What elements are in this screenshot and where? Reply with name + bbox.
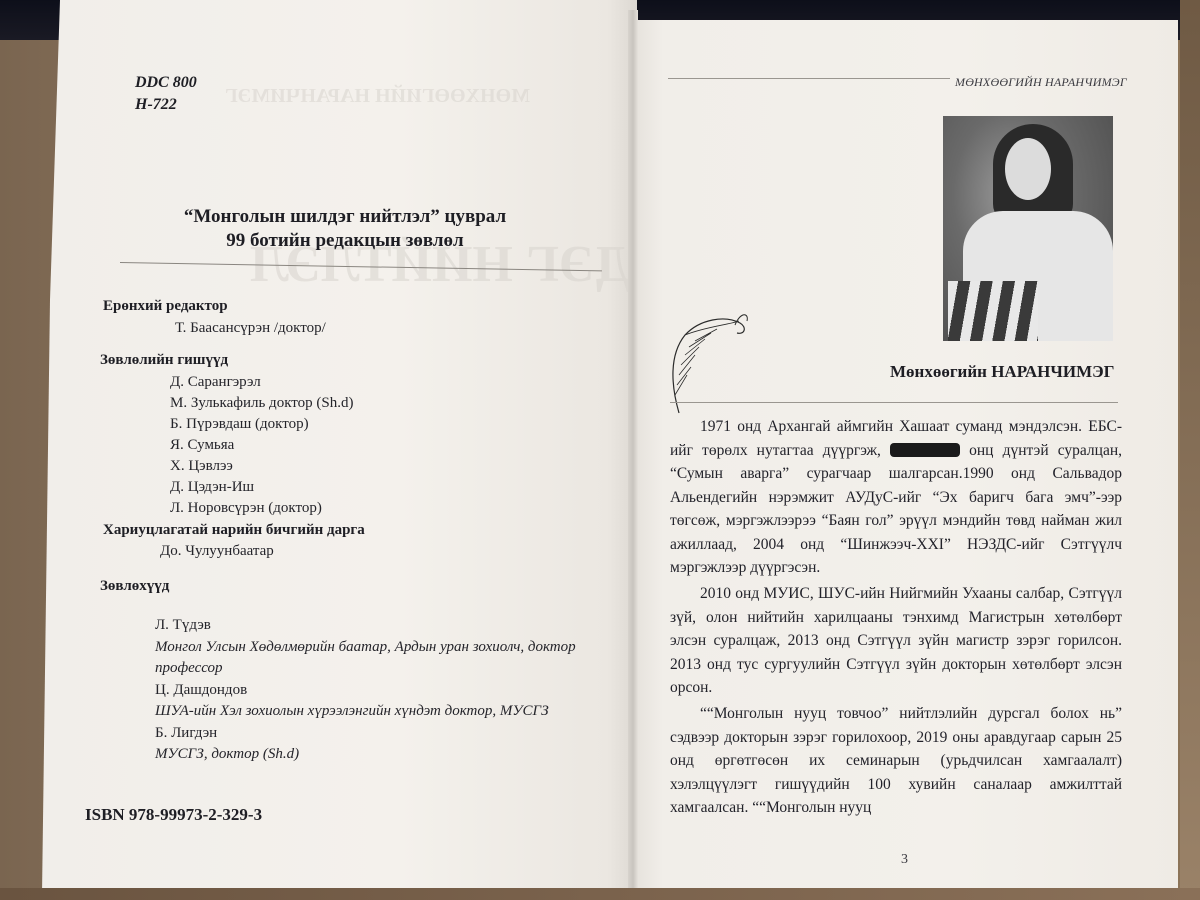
header-rule (668, 78, 950, 79)
advisor-name: Б. Лигдэн (155, 723, 605, 745)
exec-secretary-heading: Хариуцлагатай нарийн бичгийн дарга (103, 522, 365, 539)
board-member: Д. Цэдэн-Иш (170, 477, 353, 498)
background-wood-table (1180, 0, 1200, 900)
isbn: ISBN 978-99973-2-329-3 (85, 805, 262, 825)
board-members-heading: Зөвлөлийн гишүүд (100, 352, 228, 369)
board-member: Б. Пүрэвдаш (доктор) (170, 414, 353, 435)
author-photo (943, 116, 1113, 341)
advisor-title: Монгол Улсын Хөдөлмөрийн баатар, Ардын у… (155, 637, 605, 680)
page-number: 3 (901, 852, 908, 868)
board-member: Я. Сумьяа (170, 435, 353, 456)
chief-editor-name: Т. Баасансүрэн /доктор/ (175, 318, 326, 339)
redaction-mark (890, 443, 960, 457)
show-through-text: МӨНХӨӨГИЙН НАРАНЧИМЭГ (225, 85, 530, 108)
board-member: Д. Сарангэрэл (170, 372, 353, 393)
running-header: МӨНХӨӨГИЙН НАРАНЧИМЭГ (955, 75, 1127, 90)
exec-secretary-name: До. Чулуунбаатар (160, 541, 274, 562)
bio-paragraph-1: 1971 онд Архангай аймгийн Хашаат суманд … (670, 415, 1122, 580)
board-member: М. Зулькафиль доктор (Sh.d) (170, 393, 353, 414)
board-member-list: Д. Сарангэрэл М. Зулькафиль доктор (Sh.d… (170, 372, 353, 519)
bio-paragraph-3: ““Монголын нууц товчоо” нийтлэлийн дурсг… (670, 702, 1122, 820)
classification-block: DDC 800 Н-722 (135, 72, 197, 116)
advisors-heading: Зөвлөхүүд (100, 578, 169, 595)
advisor-title: МУСГЗ, доктор (Sh.d) (155, 744, 605, 766)
board-member: Х. Цэвлээ (170, 456, 353, 477)
series-title: “Монголын шилдэг нийтлэл” цуврал 99 боти… (130, 205, 560, 253)
divider (670, 402, 1118, 403)
advisor-name: Ц. Дашдондов (155, 680, 605, 702)
ddc-number: DDC 800 (135, 72, 197, 94)
cutter-number: Н-722 (135, 94, 197, 116)
quill-feather-icon (665, 305, 750, 415)
book-spine (628, 10, 638, 890)
advisor-title: ШУА-ийн Хэл зохиолын хүрээлэнгийн хүндэт… (155, 701, 605, 723)
chief-editor-heading: Ерөнхий редактор (103, 298, 228, 315)
advisor-list: Л. Түдэв Монгол Улсын Хөдөлмөрийн баатар… (155, 615, 605, 766)
board-member: Л. Норовсүрэн (доктор) (170, 498, 353, 519)
advisor-name: Л. Түдэв (155, 615, 605, 637)
author-name: Мөнхөөгийн НАРАНЧИМЭГ (890, 362, 1115, 382)
bio-paragraph-2: 2010 онд МУИС, ШУС-ийн Нийгмийн Ухааны с… (670, 582, 1122, 700)
background-table-edge (0, 888, 1200, 900)
